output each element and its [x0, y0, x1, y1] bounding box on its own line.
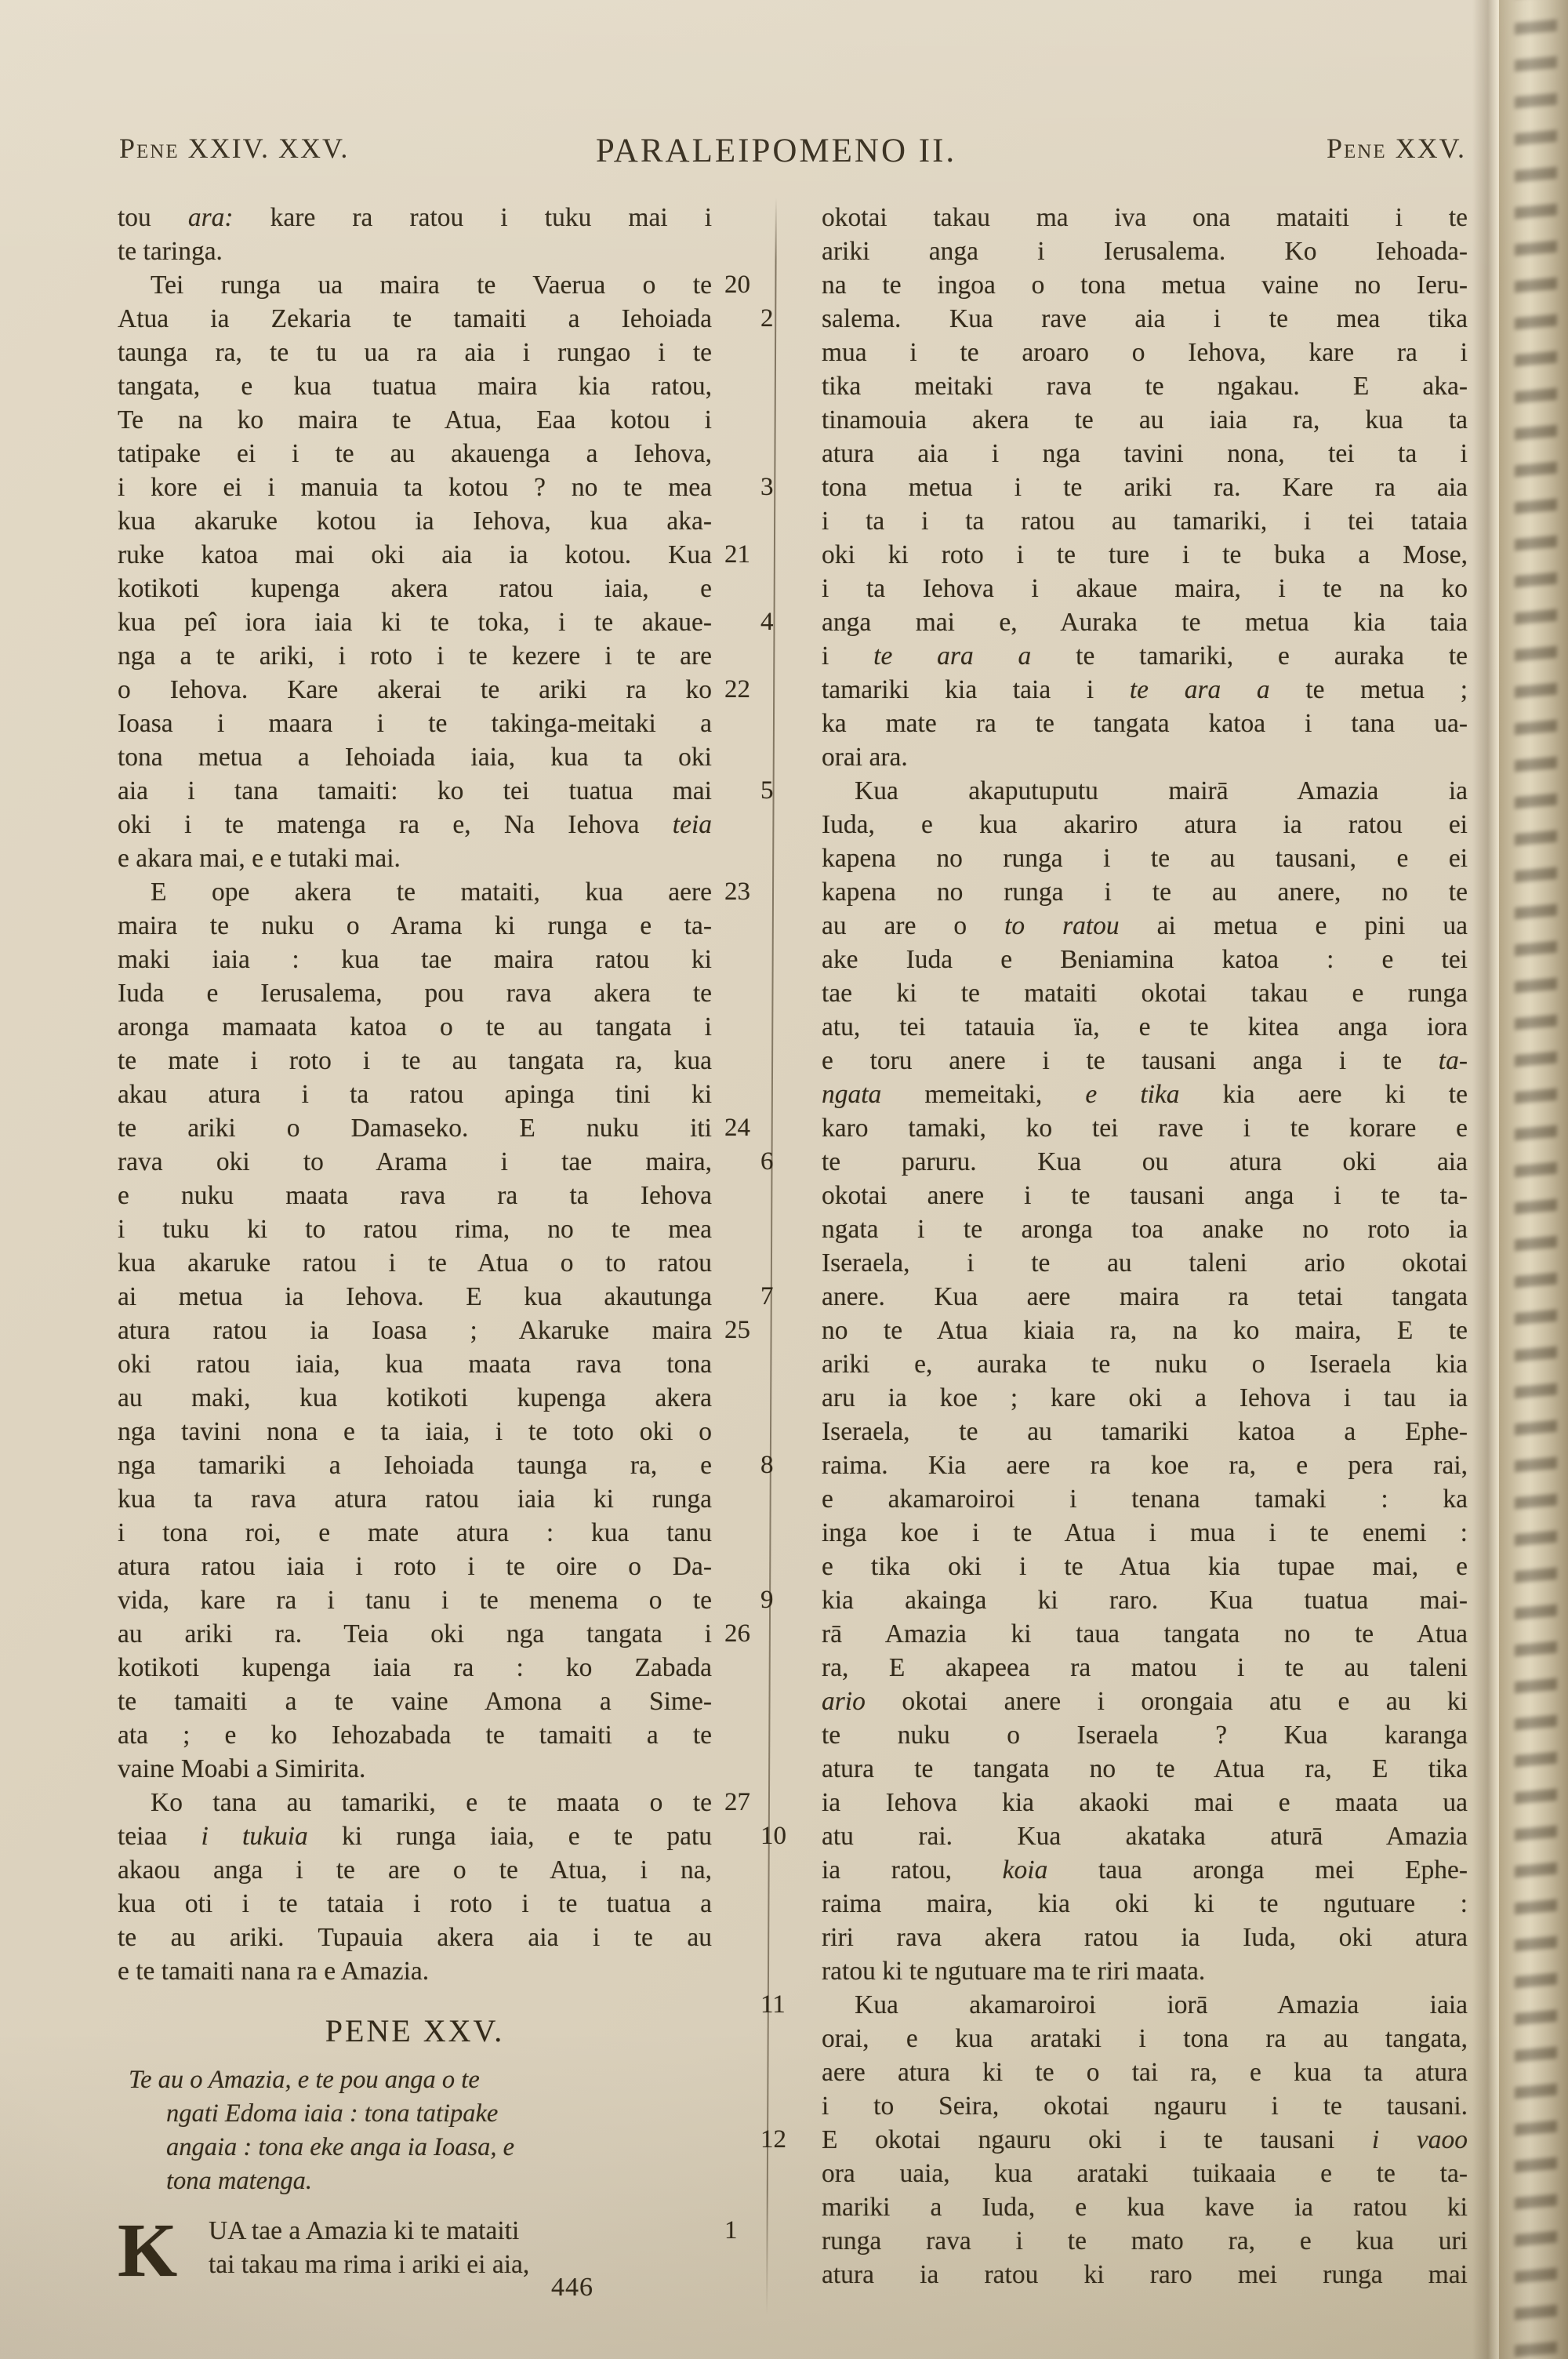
text-line: atura aia i nga tavini nona, tei ta i [822, 437, 1468, 471]
text-line: au are o to ratou ai metua e pini ua [822, 909, 1468, 943]
text-line: teiaa i tukuia ki runga iaia, e te patu [118, 1819, 712, 1853]
verse-number: 6 [760, 1145, 809, 1179]
text-line: te tamaiti a te vaine Amona a Sime- [118, 1685, 712, 1718]
text-line: ra, E akapeea ra matou i te au taleni [822, 1651, 1468, 1685]
verse-number: 1 [724, 2214, 779, 2248]
text-line: Te au o Amazia, e te pou anga o te [118, 2063, 712, 2097]
text-line: kua akaruke kotou ia Iehova, kua aka- [118, 504, 712, 538]
text-line: ia ratou, koia taua aronga mei Ephe- [822, 1853, 1468, 1887]
text-line: oki ratou iaia, kua maata rava tona [118, 1347, 712, 1381]
text-line: Iseraela, i te au taleni ario okotai [822, 1246, 1468, 1280]
text-line: raima maira, kia oki ki te ngutuare : [822, 1887, 1468, 1921]
text-line: atu, tei tatauia ïa, e te kitea anga ior… [822, 1010, 1468, 1044]
verse-number: 5 [760, 774, 809, 808]
text-line: Kua akamaroiroi iorā Amazia iaia11 [822, 1988, 1468, 2022]
text-line: vaine Moabi a Simirita. [118, 1752, 712, 1786]
text-line: Te na ko maira te Atua, Eaa kotou i [118, 403, 712, 437]
book-page-scan: Pene XXIV. XXV. PARALEIPOMENO II. Pene X… [0, 0, 1568, 2359]
text-line: okotai takau ma iva ona mataiti i te [822, 201, 1468, 234]
text-line: angaia : tona eke anga ia Ioasa, e [118, 2131, 712, 2165]
text-line: te nuku o Iseraela ? Kua karanga [822, 1718, 1468, 1752]
text-line: ratou ki te ngutuare ma te riri maata. [822, 1954, 1468, 1988]
text-line: oki ki roto i te ture i te buka a Mose, [822, 538, 1468, 572]
text-line: Ko tana au tamariki, e te maata o te27 [118, 1786, 712, 1819]
text-line: ngati Edoma iaia : tona tatipake [118, 2097, 712, 2131]
text-line: ora uaia, kua arataki tuikaaia e te ta- [822, 2157, 1468, 2190]
text-line: kua oti i te tataia i roto i te tuatua a [118, 1887, 712, 1921]
text-line: atura ratou ia Ioasa ; Akaruke maira25 [118, 1314, 712, 1347]
text-line: rā Amazia ki taua tangata no te Atua [822, 1617, 1468, 1651]
text-line: i kore ei i manuia ta kotou ? no te mea [118, 471, 712, 504]
text-line: ariki e, auraka te nuku o Iseraela kia [822, 1347, 1468, 1381]
text-line: nga tamariki a Iehoiada taunga ra, e [118, 1448, 712, 1482]
text-line: mariki a Iuda, e kua kave ia ratou ki [822, 2190, 1468, 2224]
verse-number: 10 [760, 1819, 809, 1853]
text-line: karo tamaki, ko tei rave i te korare e [822, 1111, 1468, 1145]
text-line: tatipake ei i te au akauenga a Iehova, [118, 437, 712, 471]
text-line: te au ariki. Tupauia akera aia i te au [118, 1921, 712, 1954]
text-line: i ta Iehova i akaue maira, i te na ko [822, 572, 1468, 605]
text-line: salema. Kua rave aia i te mea tika2 [822, 302, 1468, 336]
text-line: aere atura ki te o tai ra, e kua ta atur… [822, 2055, 1468, 2089]
text-line: ake Iuda e Beniamina katoa : e tei [822, 943, 1468, 976]
text-line: tona metua a Iehoiada iaia, kua ta oki [118, 740, 712, 774]
text-line: Tei runga ua maira te Vaerua o te20 [118, 268, 712, 302]
verse-number: 20 [724, 268, 779, 302]
text-line: tinamouia akera te au iaia ra, kua ta [822, 403, 1468, 437]
text-line: i te ara a te tamariki, e auraka te [822, 639, 1468, 673]
text-line: te ariki o Damaseko. E nuku iti24 [118, 1111, 712, 1145]
verse-number: 22 [724, 673, 779, 707]
verse-number: 23 [724, 875, 779, 909]
text-line: rava oki to Arama i tae maira, [118, 1145, 712, 1179]
text-line: kua akaruke ratou i te Atua o to ratou [118, 1246, 712, 1280]
text-line: ariki anga i Ierusalema. Ko Iehoada- [822, 234, 1468, 268]
text-line: o Iehova. Kare akerai te ariki ra ko22 [118, 673, 712, 707]
text-line: kotikoti kupenga iaia ra : ko Zabada [118, 1651, 712, 1685]
text-line: atura ratou iaia i roto i te oire o Da- [118, 1550, 712, 1583]
text-column-right: okotai takau ma iva ona mataiti i tearik… [822, 201, 1468, 2292]
text-line: Iseraela, te au tamariki katoa a Ephe- [822, 1415, 1468, 1448]
text-line: e akara mai, e e tutaki mai. [118, 841, 712, 875]
running-head-title: PARALEIPOMENO II. [596, 132, 956, 170]
text-line: nga a te ariki, i roto i te kezere i te … [118, 639, 712, 673]
page-gutter-shadow [1472, 0, 1501, 2359]
text-line: akau atura i ta ratou apinga tini ki [118, 1078, 712, 1111]
text-line: Iuda, e kua akariro atura ia ratou ei [822, 808, 1468, 841]
adjacent-page-edge [1499, 0, 1568, 2359]
verse-number: 7 [760, 1280, 809, 1314]
text-line: kua peî iora iaia ki te toka, i te akaue… [118, 605, 712, 639]
text-line: tika meitaki rava te ngakau. E aka- [822, 369, 1468, 403]
text-line: anga mai e, Auraka te metua kia taia4 [822, 605, 1468, 639]
verse-number: 25 [724, 1314, 779, 1347]
text-line: ka mate ra te tangata katoa i tana ua- [822, 707, 1468, 740]
text-line: e nuku maata rava ra ta Iehova [118, 1179, 712, 1212]
verse-number: 11 [760, 1988, 809, 2022]
verse-number: 27 [724, 1786, 779, 1819]
text-line: i to Seira, okotai ngauru i te tausani. [822, 2089, 1468, 2123]
text-line: kapena no runga i te au anere, no te [822, 875, 1468, 909]
text-line: ngata i te aronga toa anake no roto ia [822, 1212, 1468, 1246]
text-line: maira te nuku o Arama ki runga e ta- [118, 909, 712, 943]
text-line: kia akainga ki raro. Kua tuatua mai-9 [822, 1583, 1468, 1617]
text-line: akaou anga i te are o te Atua, i na, [118, 1853, 712, 1887]
text-line: ruke katoa mai oki aia ia kotou. Kua21 [118, 538, 712, 572]
text-line: anere. Kua aere maira ra tetai tangata7 [822, 1280, 1468, 1314]
text-line: tamariki kia taia i te ara a te metua ; [822, 673, 1468, 707]
text-line: maki iaia : kua tae maira ratou ki [118, 943, 712, 976]
text-line: tona metua i te ariki ra. Kare ra aia3 [822, 471, 1468, 504]
text-line: kapena no runga i te au tausani, e ei [822, 841, 1468, 875]
text-line: orai, e kua arataki i tona ra au tangata… [822, 2022, 1468, 2055]
text-line: i tuku ki to ratou rima, no te mea [118, 1212, 712, 1246]
running-head-left: Pene XXIV. XXV. [119, 132, 349, 165]
text-line: aia i tana tamaiti: ko tei tuatua mai [118, 774, 712, 808]
text-column-left: tou ara: kare ra ratou i tuku mai ite ta… [118, 201, 712, 2281]
text-line: no te Atua kiaia ra, na ko maira, E te [822, 1314, 1468, 1347]
text-line: au ariki ra. Teia oki nga tangata i26 [118, 1617, 712, 1651]
text-line: na te ingoa o tona metua vaine no Ieru- [822, 268, 1468, 302]
text-line: okotai anere i te tausani anga i te ta- [822, 1179, 1468, 1212]
text-line: Atua ia Zekaria te tamaiti a Iehoiada [118, 302, 712, 336]
chapter-heading: PENE XXV. [118, 2008, 712, 2054]
text-line: Kua akaputuputu mairā Amazia ia5 [822, 774, 1468, 808]
verse-number: 3 [760, 471, 809, 504]
text-line: te mate i roto i te au tangata ra, kua [118, 1044, 712, 1078]
text-line: taunga ra, te tu ua ra aia i rungao i te [118, 336, 712, 369]
text-line: e tika oki i te Atua kia tupae mai, e [822, 1550, 1468, 1583]
text-line: e te tamaiti nana ra e Amazia. [118, 1954, 712, 1988]
text-line: au maki, kua kotikoti kupenga akera [118, 1381, 712, 1415]
text-line: i ta i ta ratou au tamariki, i tei tatai… [822, 504, 1468, 538]
text-line: raima. Kia aere ra koe ra, e pera rai,8 [822, 1448, 1468, 1482]
text-line: Ioasa i maara i te takinga-meitaki a [118, 707, 712, 740]
text-line: inga koe i te Atua i mua i te enemi : [822, 1516, 1468, 1550]
text-line: KUA tae a Amazia ki te mataiti1 [118, 2214, 712, 2248]
text-line: nga tavini nona e ta iaia, i te toto oki… [118, 1415, 712, 1448]
text-line: atura ia ratou ki raro mei runga mai [822, 2258, 1468, 2292]
text-line: orai ara. [822, 740, 1468, 774]
text-line: vida, kare ra i tanu i te menema o te [118, 1583, 712, 1617]
verse-number: 21 [724, 538, 779, 572]
verse-number: 9 [760, 1583, 809, 1617]
running-head-right: Pene XXV. [1327, 132, 1466, 165]
verse-number: 12 [760, 2123, 809, 2157]
text-line: E okotai ngauru oki i te tausani i vaoo1… [822, 2123, 1468, 2157]
text-line: atura te tangata no te Atua ra, E tika [822, 1752, 1468, 1786]
text-line: ngata memeitaki, e tika kia aere ki te [822, 1078, 1468, 1111]
verse-number: 24 [724, 1111, 779, 1145]
text-line: aru ia koe ; kare oki a Iehova i tau ia [822, 1381, 1468, 1415]
verse-number: 4 [760, 605, 809, 639]
text-line: te paruru. Kua ou atura oki aia6 [822, 1145, 1468, 1179]
text-line: runga rava i te mato ra, e kua uri [822, 2224, 1468, 2258]
text-line: e akamaroiroi i tenana tamaki : ka [822, 1482, 1468, 1516]
text-line: riri rava akera ratou ia Iuda, oki atura [822, 1921, 1468, 1954]
text-line: tona matenga. [118, 2165, 712, 2198]
text-line: kotikoti kupenga akera ratou iaia, e [118, 572, 712, 605]
text-line: oki i te matenga ra e, Na Iehova teia [118, 808, 712, 841]
text-line: E ope akera te mataiti, kua aere23 [118, 875, 712, 909]
text-line: kua ta rava atura ratou iaia ki runga [118, 1482, 712, 1516]
text-line: tangata, e kua tuatua maira kia ratou, [118, 369, 712, 403]
verse-number: 8 [760, 1448, 809, 1482]
text-line: te taringa. [118, 234, 712, 268]
text-line: ata ; e ko Iehozabada te tamaiti a te [118, 1718, 712, 1752]
verse-number: 26 [724, 1617, 779, 1651]
text-line: Iuda e Ierusalema, pou rava akera te [118, 976, 712, 1010]
text-line: aronga mamaata katoa o te au tangata i [118, 1010, 712, 1044]
verse-number: 2 [760, 302, 809, 336]
text-line: i tona roi, e mate atura : kua tanu [118, 1516, 712, 1550]
text-line: tou ara: kare ra ratou i tuku mai i [118, 201, 712, 234]
text-line: e toru anere i te tausani anga i te ta- [822, 1044, 1468, 1078]
text-line: ai metua ia Iehova. E kua akautunga [118, 1280, 712, 1314]
text-line: tae ki te mataiti okotai takau e runga [822, 976, 1468, 1010]
text-line: atu rai. Kua akataka aturā Amazia10 [822, 1819, 1468, 1853]
page-number: 446 [502, 2273, 643, 2303]
text-line: ia Iehova kia akaoki mai e maata ua [822, 1786, 1468, 1819]
text-line: ario okotai anere i orongaia atu e au ki [822, 1685, 1468, 1718]
text-line: mua i te aroaro o Iehova, kare ra i [822, 336, 1468, 369]
